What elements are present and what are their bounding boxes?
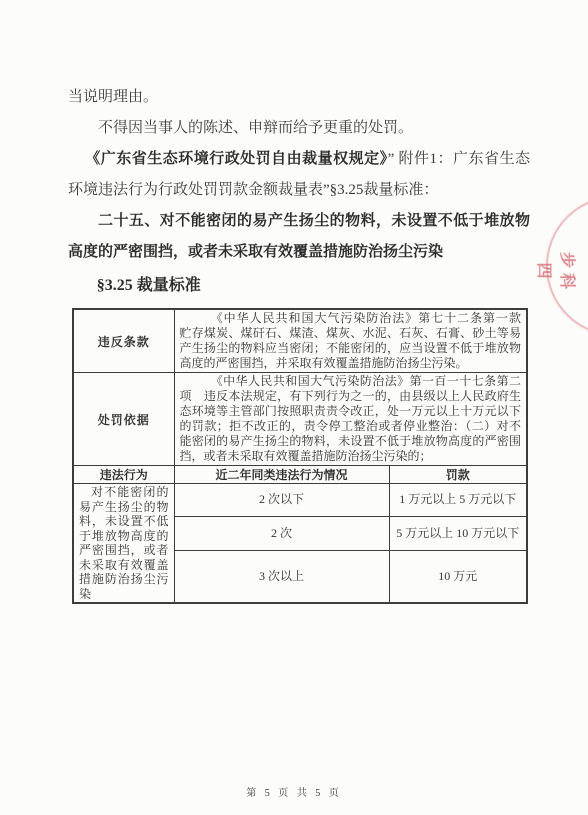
column-header-history: 近二年同类违法行为情况 <box>174 466 389 484</box>
tier-2-history: 2 次 <box>174 516 389 550</box>
official-seal-characters: 步科四 <box>534 242 580 304</box>
paragraph-regulation-citation: 《广东省生态环境行政处罚自由裁量权规定》” 附件1：广东省生态环境违法行为行政处… <box>68 144 530 206</box>
table-row-penalty-basis: 处罚依据 《中华人民共和国大气污染防治法》第一百一十七条第二项 违反本法规定，有… <box>73 373 527 466</box>
behavior-description-cell: 对不能密闭的易产生扬尘的物料，未设置不低于堆放物高度的严密围挡，或者未采取有效覆… <box>73 484 174 604</box>
penalty-basis-label: 处罚依据 <box>73 373 174 466</box>
violation-clause-label: 违反条款 <box>73 309 174 373</box>
violation-clause-cell: 《中华人民共和国大气污染防治法》第七十二条第一款 贮存煤炭、煤矸石、煤渣、煤灰、… <box>174 309 527 373</box>
behavior-description-text: 对不能密闭的易产生扬尘的物料，未设置不低于堆放物高度的严密围挡，或者未采取有效覆… <box>79 485 169 601</box>
tier-1-history: 2 次以下 <box>174 484 389 517</box>
table-row-violation-clause: 违反条款 《中华人民共和国大气污染防治法》第七十二条第一款 贮存煤炭、煤矸石、煤… <box>73 309 527 373</box>
tier-3-history: 3 次以上 <box>174 550 389 603</box>
document-body: 当说明理由。 不得因当事人的陈述、申辩而给予更重的处罚。 《广东省生态环境行政处… <box>68 82 530 604</box>
paragraph-item-25: 二十五、对不能密闭的易产生扬尘的物料，未设置不低于堆放物高度的严密围挡，或者未采… <box>68 206 530 268</box>
document-page: 当说明理由。 不得因当事人的陈述、申辩而给予更重的处罚。 《广东省生态环境行政处… <box>0 0 588 815</box>
paragraph-no-heavier-penalty: 不得因当事人的陈述、申辩而给予更重的处罚。 <box>68 113 530 144</box>
table-header-row: 违法行为 近二年同类违法行为情况 罚款 <box>73 466 527 484</box>
table-row-tier-1: 对不能密闭的易产生扬尘的物料，未设置不低于堆放物高度的严密围挡，或者未采取有效覆… <box>73 484 527 517</box>
tier-2-fine: 5 万元以上 10 万元以下 <box>389 516 527 550</box>
column-header-behavior: 违法行为 <box>73 466 174 484</box>
section-heading-discretion-standard: §3.25 裁量标准 <box>68 270 530 301</box>
tier-3-fine: 10 万元 <box>389 550 527 603</box>
paragraph-reason-continuation: 当说明理由。 <box>68 82 530 113</box>
violation-clause-text: 《中华人民共和国大气污染防治法》第七十二条第一款 贮存煤炭、煤矸石、煤渣、煤灰、… <box>180 311 522 371</box>
discretion-standard-table: 违反条款 《中华人民共和国大气污染防治法》第七十二条第一款 贮存煤炭、煤矸石、煤… <box>72 308 528 604</box>
penalty-basis-text: 《中华人民共和国大气污染防治法》第一百一十七条第二项 违反本法规定，有下列行为之… <box>180 374 522 464</box>
regulation-title: 《广东省生态环境行政处罚自由裁量权规定》 <box>85 151 387 167</box>
tier-1-fine: 1 万元以上 5 万元以下 <box>389 484 527 517</box>
penalty-basis-cell: 《中华人民共和国大气污染防治法》第一百一十七条第二项 违反本法规定，有下列行为之… <box>174 373 527 466</box>
page-number-footer: 第 5 页 共 5 页 <box>0 784 588 799</box>
column-header-fine: 罚款 <box>389 466 527 484</box>
